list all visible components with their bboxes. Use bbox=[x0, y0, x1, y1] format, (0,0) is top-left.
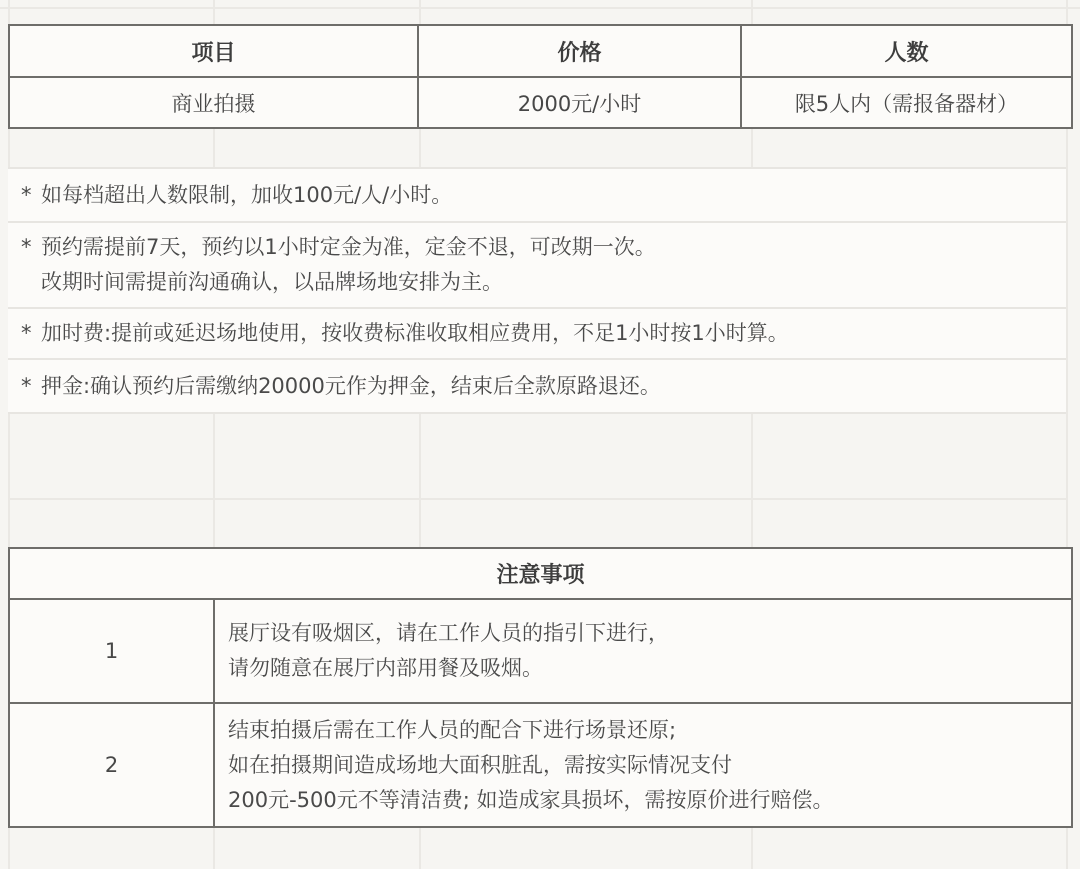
asterisk-marker: * bbox=[21, 230, 41, 265]
note-line: *如每档超出人数限制，加收100元/人/小时。 bbox=[21, 178, 1066, 213]
gridline bbox=[8, 498, 1066, 500]
pricing-cell-item: 商业拍摄 bbox=[9, 77, 418, 128]
notice-row-text: 展厅设有吸烟区，请在工作人员的指引下进行， 请勿随意在展厅内部用餐及吸烟。 bbox=[214, 599, 1072, 703]
note-text: 加时费:提前或延迟场地使用，按收费标准收取相应费用，不足1小时按1小时算。 bbox=[41, 321, 789, 345]
pricing-header-item: 项目 bbox=[9, 25, 418, 77]
pricing-header-price: 价格 bbox=[418, 25, 741, 77]
pricing-header-row: 项目 价格 人数 bbox=[9, 25, 1072, 77]
notice-row-1: 1 展厅设有吸烟区，请在工作人员的指引下进行， 请勿随意在展厅内部用餐及吸烟。 bbox=[9, 599, 1072, 703]
notice-text-line: 200元-500元不等清洁费; 如造成家具损坏，需按原价进行赔偿。 bbox=[228, 783, 1071, 818]
notice-row-text: 结束拍摄后需在工作人员的配合下进行场景还原; 如在拍摄期间造成场地大面积脏乱，需… bbox=[214, 703, 1072, 827]
note-text: 预约需提前7天，预约以1小时定金为准，定金不退，可改期一次。 bbox=[41, 235, 656, 259]
note-row-extra-person-fee: *如每档超出人数限制，加收100元/人/小时。 bbox=[8, 167, 1066, 221]
asterisk-marker: * bbox=[21, 178, 41, 213]
notice-table-title: 注意事项 bbox=[9, 548, 1072, 599]
note-row-overtime-fee: *加时费:提前或延迟场地使用，按收费标准收取相应费用，不足1小时按1小时算。 bbox=[8, 307, 1066, 358]
note-line: *加时费:提前或延迟场地使用，按收费标准收取相应费用，不足1小时按1小时算。 bbox=[21, 316, 1066, 351]
gridline bbox=[0, 7, 1080, 9]
note-line: *预约需提前7天，预约以1小时定金为准，定金不退，可改期一次。 bbox=[21, 230, 1066, 265]
notice-text-line: 如在拍摄期间造成场地大面积脏乱，需按实际情况支付 bbox=[228, 748, 1071, 783]
note-row-security-deposit: *押金:确认预约后需缴纳20000元作为押金，结束后全款原路退还。 bbox=[8, 358, 1066, 412]
notice-row-number: 1 bbox=[9, 599, 214, 703]
note-text: 押金:确认预约后需缴纳20000元作为押金，结束后全款原路退还。 bbox=[41, 374, 661, 398]
note-text: 如每档超出人数限制，加收100元/人/小时。 bbox=[41, 183, 452, 207]
pricing-cell-people: 限5人内（需报备器材） bbox=[741, 77, 1072, 128]
notice-row-number: 2 bbox=[9, 703, 214, 827]
asterisk-marker: * bbox=[21, 316, 41, 351]
asterisk-marker: * bbox=[21, 369, 41, 404]
pricing-cell-price: 2000元/小时 bbox=[418, 77, 741, 128]
note-line: 改期时间需提前沟通确认，以品牌场地安排为主。 bbox=[21, 265, 1066, 300]
note-row-booking-deposit: *预约需提前7天，预约以1小时定金为准，定金不退，可改期一次。 改期时间需提前沟… bbox=[8, 221, 1066, 307]
notice-table: 注意事项 1 展厅设有吸烟区，请在工作人员的指引下进行， 请勿随意在展厅内部用餐… bbox=[8, 547, 1073, 828]
notes-section: *如每档超出人数限制，加收100元/人/小时。 *预约需提前7天，预约以1小时定… bbox=[8, 167, 1066, 414]
notice-row-2: 2 结束拍摄后需在工作人员的配合下进行场景还原; 如在拍摄期间造成场地大面积脏乱… bbox=[9, 703, 1072, 827]
pricing-header-people: 人数 bbox=[741, 25, 1072, 77]
notice-text-line: 展厅设有吸烟区，请在工作人员的指引下进行， bbox=[228, 616, 1071, 651]
notice-text-line: 结束拍摄后需在工作人员的配合下进行场景还原; bbox=[228, 713, 1071, 748]
notice-text-line: 请勿随意在展厅内部用餐及吸烟。 bbox=[228, 651, 1071, 686]
notice-header-row: 注意事项 bbox=[9, 548, 1072, 599]
note-line: *押金:确认预约后需缴纳20000元作为押金，结束后全款原路退还。 bbox=[21, 369, 1066, 404]
pricing-table: 项目 价格 人数 商业拍摄 2000元/小时 限5人内（需报备器材） bbox=[8, 24, 1073, 129]
pricing-data-row: 商业拍摄 2000元/小时 限5人内（需报备器材） bbox=[9, 77, 1072, 128]
spreadsheet-screenshot: 项目 价格 人数 商业拍摄 2000元/小时 限5人内（需报备器材） *如每档超… bbox=[0, 0, 1080, 869]
